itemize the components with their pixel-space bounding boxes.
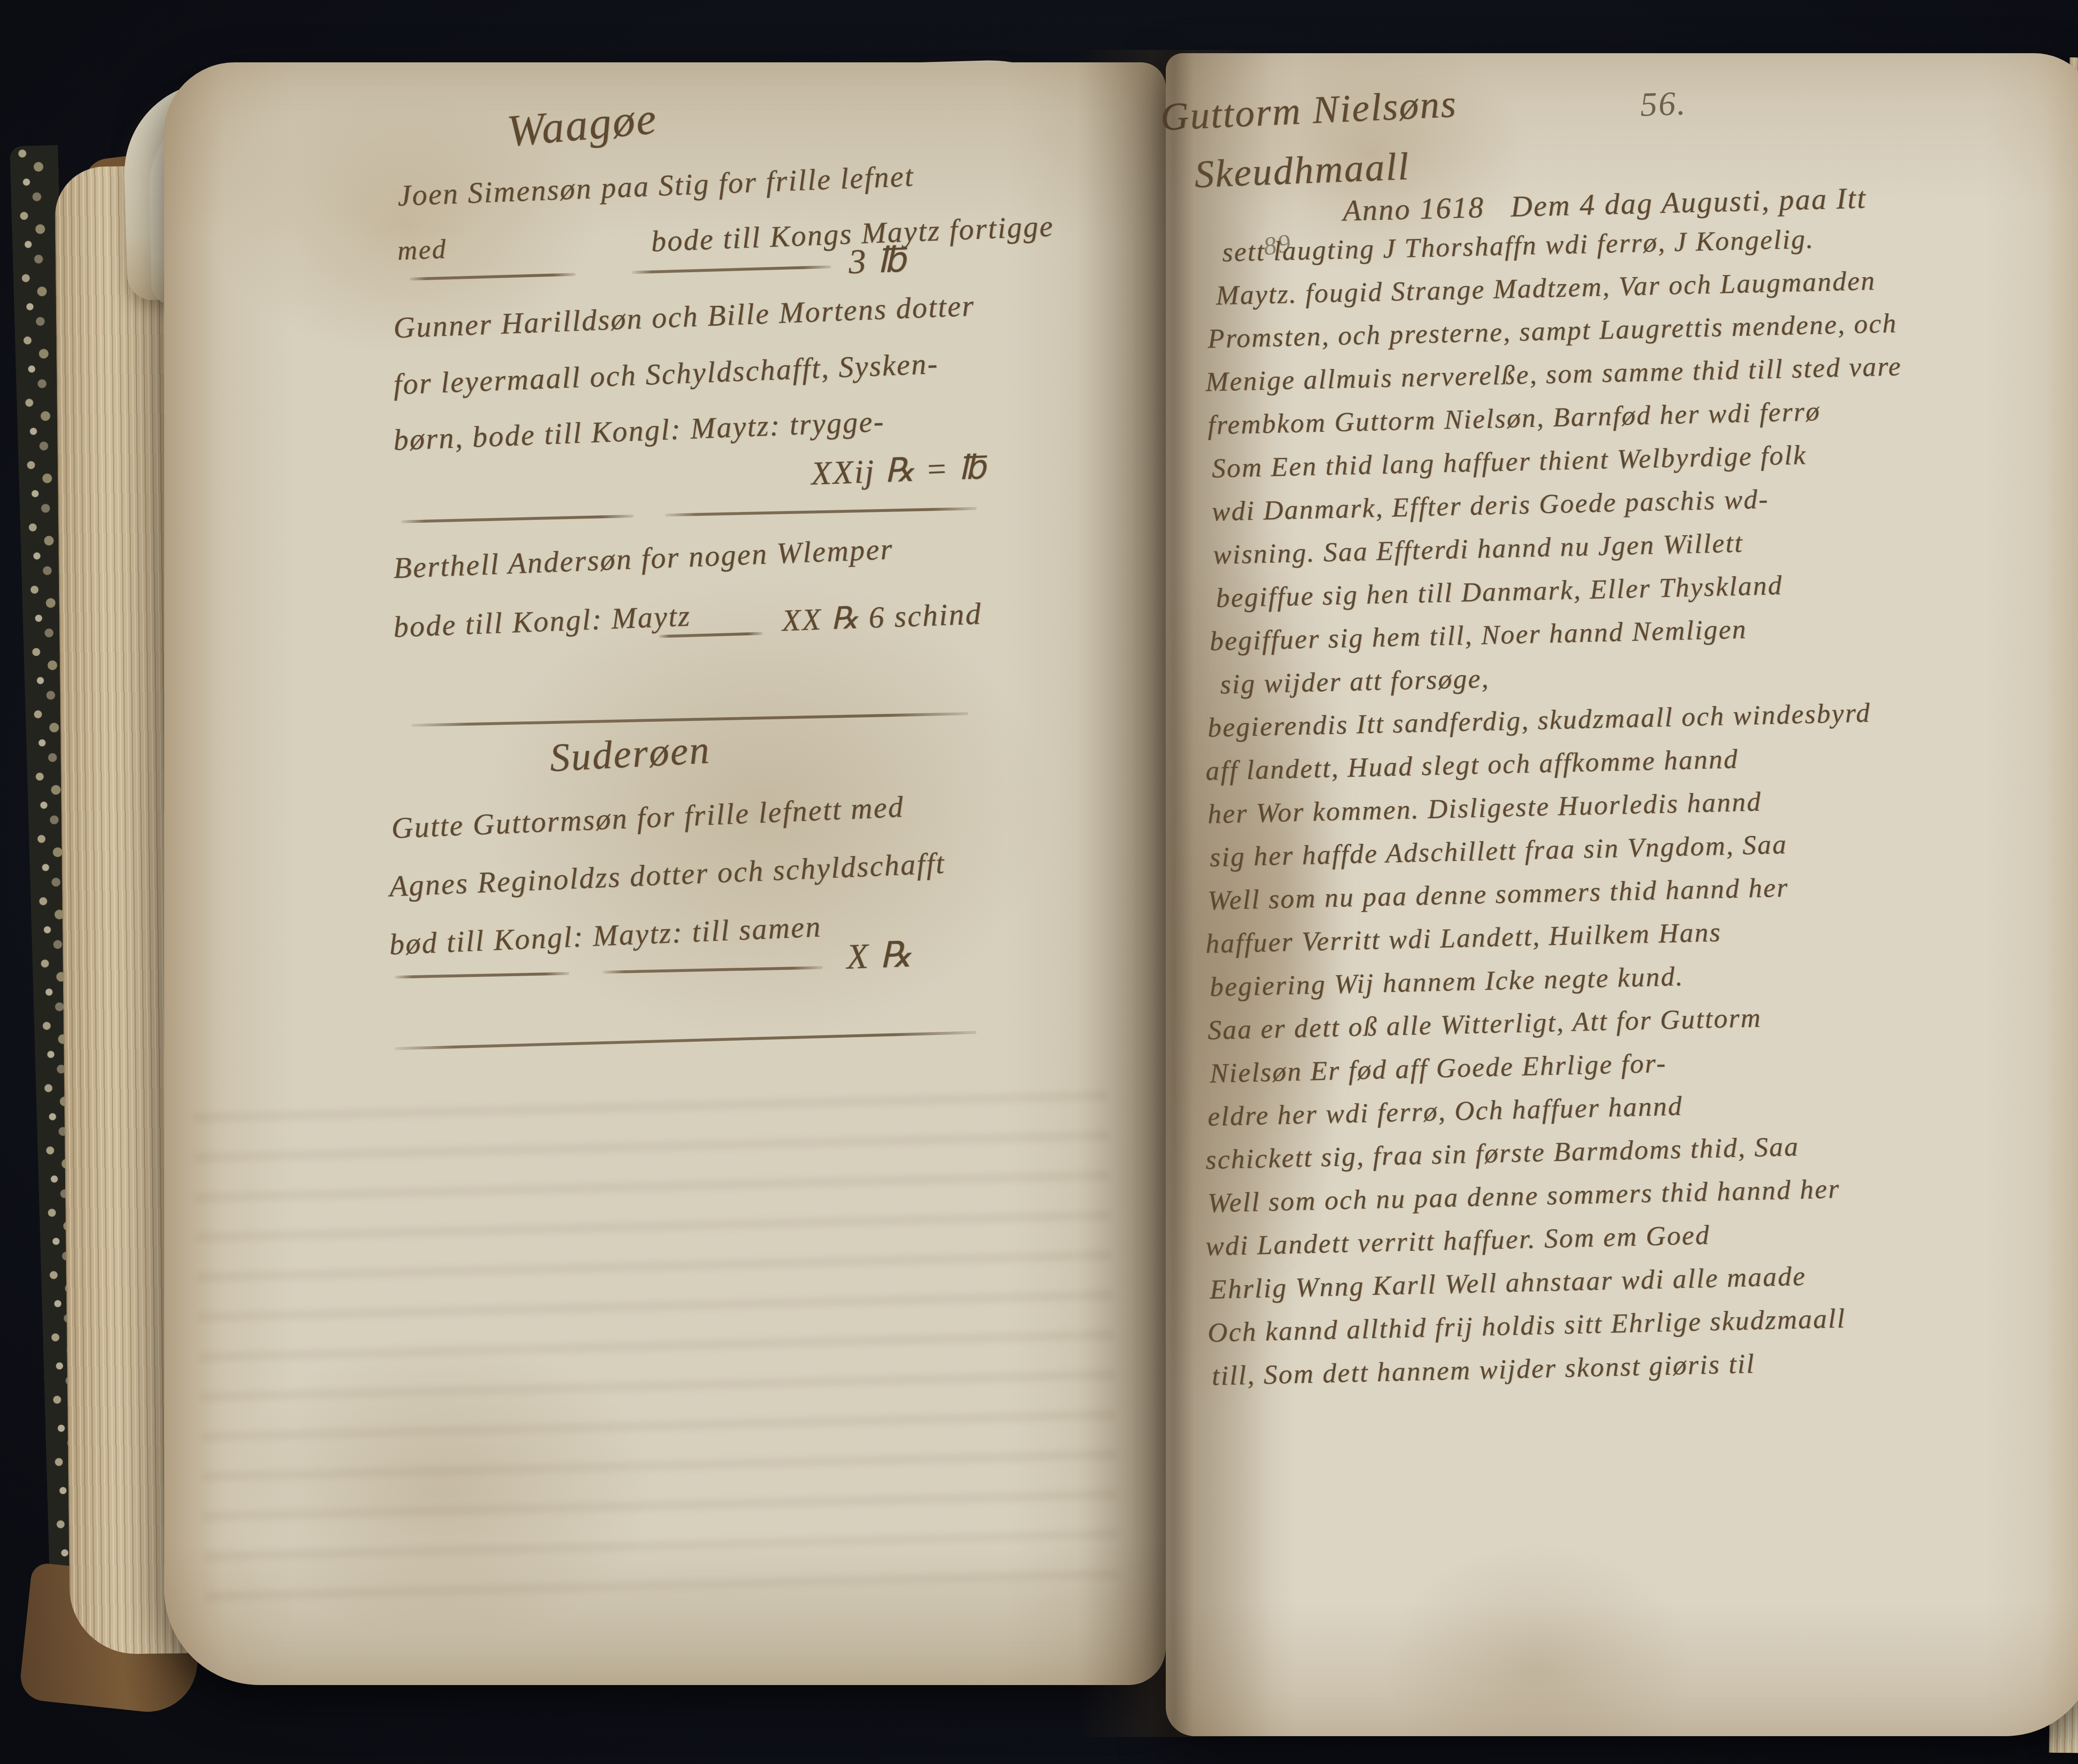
fine-amount: XX ℞ 6 schind xyxy=(781,595,982,639)
body-line: sig wijder att forsøge, xyxy=(1220,663,1490,701)
manuscript-photo: Waagøe Joen Simensøn paa Stig for frille… xyxy=(0,0,2078,1764)
case-heading: Skeudhmaall xyxy=(1194,144,1411,197)
fine-amount: 3 ℔ xyxy=(848,239,908,282)
section-heading: Suderøen xyxy=(549,726,712,781)
entry-margin-word: med xyxy=(397,234,448,267)
folio-number: 56. xyxy=(1640,84,1687,124)
fine-amount: XXij ℞ = ℔ xyxy=(810,448,987,493)
ink-bleed-through xyxy=(193,1090,1120,1631)
fine-amount: X ℞ xyxy=(846,933,914,977)
